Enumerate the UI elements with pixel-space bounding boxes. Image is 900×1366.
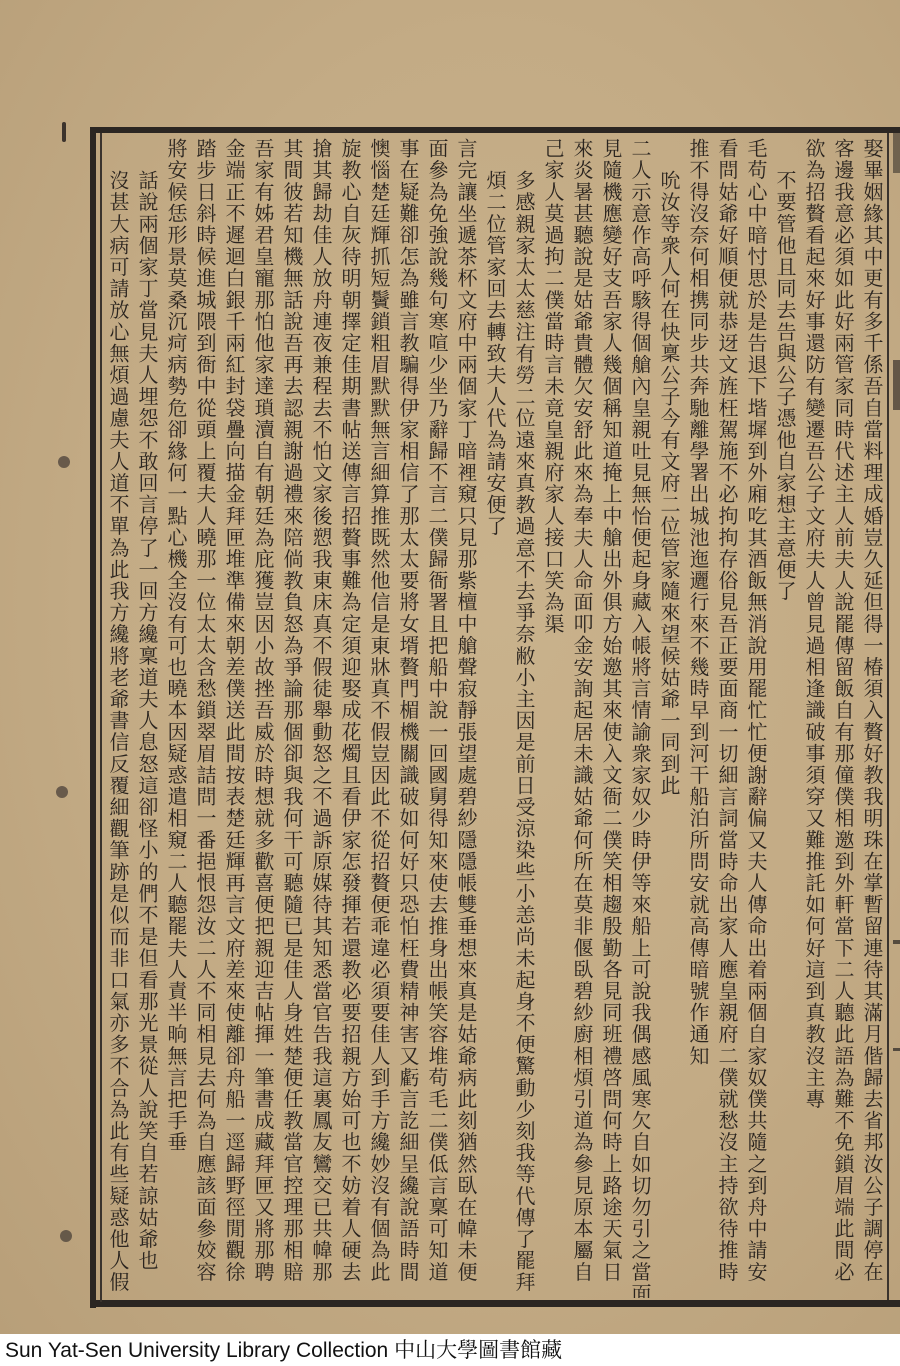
text-column: 懊惱楚廷輝抓短鬢鎖粗眉默默無言細算推既然他信是東牀真不假豈因此不從招贅便乖違必須… — [364, 138, 393, 1298]
text-column: 看問姑爺好順便就恭迓文旌枉駕施不必拘拘存俗見吾正要面商一切細言詞當時命出家人應皇… — [712, 138, 741, 1298]
text-column: 見隨機應變好支吾家人幾個稱知道掩上中艙出外俱方始邀其來使入文衙二僕笑相趨殷勤各見… — [596, 138, 625, 1298]
frame-left-border — [90, 127, 96, 1308]
frame-right-line — [887, 133, 889, 1300]
text-column: 煩二位管家回去轉致夫人代為請安便了 — [480, 138, 509, 1298]
text-column: 欲為招贅看起來好事還防有變遷吾公子文府夫人曾見過相逢識破事須穿又難推託如何好這到… — [799, 138, 828, 1298]
center-fold-mark — [893, 360, 900, 410]
text-column: 二人示意作高呼駭得個艙內皇親吐見無怡便起身藏入帳將言情諭衆家奴少時伊等來船上可說… — [625, 138, 654, 1298]
binding-mark — [62, 122, 66, 142]
text-column: 己家人莫過拘二僕當時言未竟皇親府家人接口笑為渠 — [538, 138, 567, 1298]
text-column: 金端正不遲迴白銀千兩紅封袋疊向描金拜匣堆準備來朝差僕送此間按表楚廷輝再言文府差來… — [219, 138, 248, 1298]
text-column: 娶畢姻緣其中更有多千係吾自當料理成婚豈久延但得一椿須入贅好教我明珠在掌暫留連待其… — [857, 138, 886, 1298]
frame-left-inner-line — [100, 133, 102, 1302]
text-column: 不要管他且同去告與公子憑他自家想主意便了 — [770, 138, 799, 1298]
text-column: 毛苟心中暗忖思於是告退下堦墀到外廂吃其酒飯無消說用罷忙忙便謝辭偏又夫人傳命出着兩… — [741, 138, 770, 1298]
text-column: 吾家有姊君皇寵那怕他家達瑣瀆自有朝廷為庇獲豈因小故挫吾威於時想就多歡喜便把親迎吉… — [248, 138, 277, 1298]
scanned-page: 娶畢姻緣其中更有多千係吾自當料理成婚豈久延但得一椿須入贅好教我明珠在掌暫留連待其… — [0, 0, 900, 1334]
center-fold-mark — [893, 940, 900, 944]
text-column: 吮汝等衆人何在快稟公子今有文府二位管家隨來望候姑爺一同到此 — [654, 138, 683, 1298]
text-column: 客邊我意必須如此好兩管家同時代述主人前夫人說罷傳留飯自有那僮僕相邀到外軒當下二人… — [828, 138, 857, 1298]
frame-top-border — [90, 127, 900, 133]
text-column: 多感親家太太慈注有勞二位遠來真教過意不去爭奈敝小主因是前日受涼染些小恙尚未起身不… — [509, 138, 538, 1298]
text-column: 沒甚大病可請放心無煩過慮夫人道不單為此我方纔將老爺書信反覆細觀筆跡是似而非口氣亦… — [103, 138, 132, 1298]
text-column: 旋教心自灰待明朝擇定佳期書帖送傳言招贅事難為定須迎娶成花燭且看伊家怎發揮若還教必… — [335, 138, 364, 1298]
text-column: 言完讓坐遞茶杯文府中兩個家丁暗裡窺只見那紫檀中艙聲寂靜張望處碧紗隱隱帳雙垂想來真… — [451, 138, 480, 1298]
text-column: 推不得沒奈何相携同步共奔馳離學署出城池迤邐行來不幾時早到河干船泊所問安就高傳暗號… — [683, 138, 712, 1298]
text-column: 踏步日斜時候進城隈到衙中從頭上覆夫人曉那一位太太含愁鎖翠眉詰問一番挹恨怨汝二人不… — [190, 138, 219, 1298]
text-column: 面參為免強說幾句寒喧少坐乃辭歸不言二僕歸衙署且把船中說一回國舅得知來使去推身出帳… — [422, 138, 451, 1298]
text-body: 娶畢姻緣其中更有多千係吾自當料理成婚豈久延但得一椿須入贅好教我明珠在掌暫留連待其… — [103, 138, 886, 1298]
center-fold-mark — [893, 133, 900, 173]
collection-caption: Sun Yat-Sen University Library Collectio… — [5, 1336, 562, 1366]
binding-hole — [58, 456, 70, 468]
text-column: 事在疑難卻怎為雖言教騙得伊家相信了那太太要將女壻贅門楣機關識破如何好只恐怕枉費精… — [393, 138, 422, 1298]
frame-bottom-border — [90, 1300, 900, 1307]
binding-hole — [56, 786, 68, 798]
center-fold-mark — [893, 1048, 900, 1051]
text-column: 搶其歸劫佳人放舟連夜兼程去不怕文家後愬我東床真不假徒舉動怒之不過訴原媒待其知悉當… — [306, 138, 335, 1298]
text-column: 話說兩個家丁當見夫人埋怨不敢回言停了一回方纔稟道夫人息怒這卻怪小的們不是但看那光… — [132, 138, 161, 1298]
binding-hole — [60, 1230, 72, 1242]
text-column: 其間彼若知機無話說吾再去認親謝過禮來陪倘教負怒為爭論那個卻與我何干可聽隨已是佳人… — [277, 138, 306, 1298]
text-column: 來炎暑甚聽說是姑爺貴體欠安舒此來為奉夫人命面叩金安詢起居未識姑爺何所在莫非偃臥碧… — [567, 138, 596, 1298]
text-column: 將安候恁形景莫桑沉疴病勢危卻緣何一點心機全沒有可也曉本因疑惑遣相窺二人聽罷夫人責… — [161, 138, 190, 1298]
